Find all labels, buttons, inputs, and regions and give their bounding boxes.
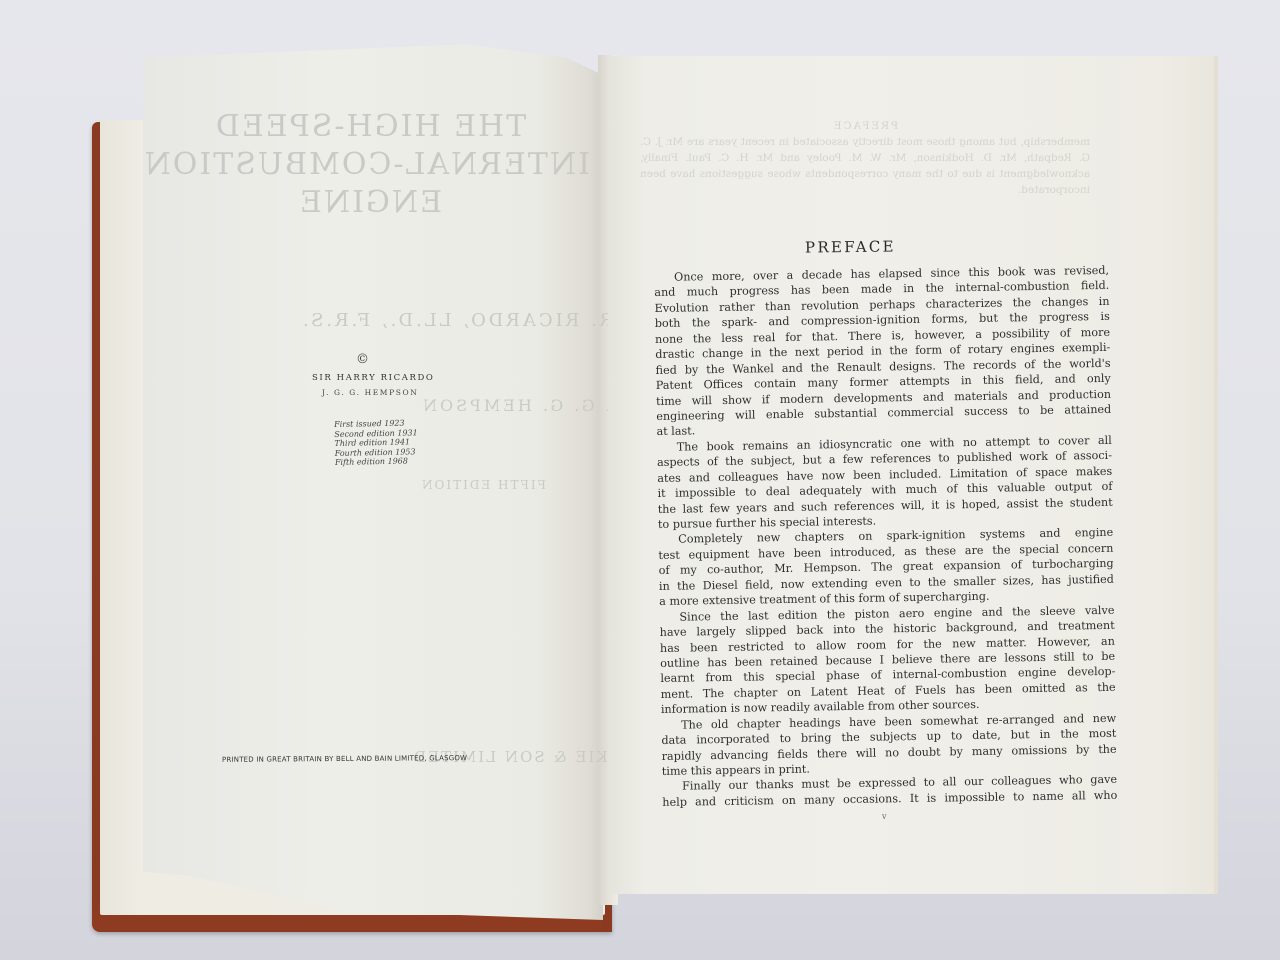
preface-body: Once more, over a decade has elapsed sin… — [654, 263, 1117, 810]
show-through-title-line: THE HIGH-SPEED — [150, 108, 590, 146]
show-through-heading: PREFACE — [640, 118, 1090, 134]
printer-imprint: PRINTED IN GREAT BRITAIN BY BELL AND BAI… — [222, 754, 467, 764]
coauthor-name: J. G. G. HEMPSON — [322, 388, 522, 397]
show-through-right-page: PREFACE membership, but among those most… — [640, 118, 1090, 198]
show-through-title-line: ENGINE — [150, 184, 590, 222]
book-photo-scene: THE HIGH-SPEED INTERNAL-COMBUSTION ENGIN… — [0, 0, 1280, 960]
edition-history: First issued 1923 Second edition 1931 Th… — [334, 418, 418, 468]
show-through-title-line: INTERNAL-COMBUSTION — [150, 146, 590, 184]
preface-heading: PREFACE — [805, 238, 896, 257]
show-through-edition: FIFTH EDITION — [420, 478, 546, 492]
show-through-coauthor: J. G. G. HEMPSON — [420, 396, 619, 415]
copyright-symbol: © — [356, 352, 369, 367]
page-number: v — [882, 812, 887, 821]
author-name: SIR HARRY RICARDO — [312, 373, 512, 383]
show-through-title: THE HIGH-SPEED INTERNAL-COMBUSTION ENGIN… — [150, 108, 590, 222]
edition-line: Fifth edition 1968 — [335, 457, 419, 468]
show-through-paragraph: membership, but among those most directl… — [640, 136, 1090, 196]
